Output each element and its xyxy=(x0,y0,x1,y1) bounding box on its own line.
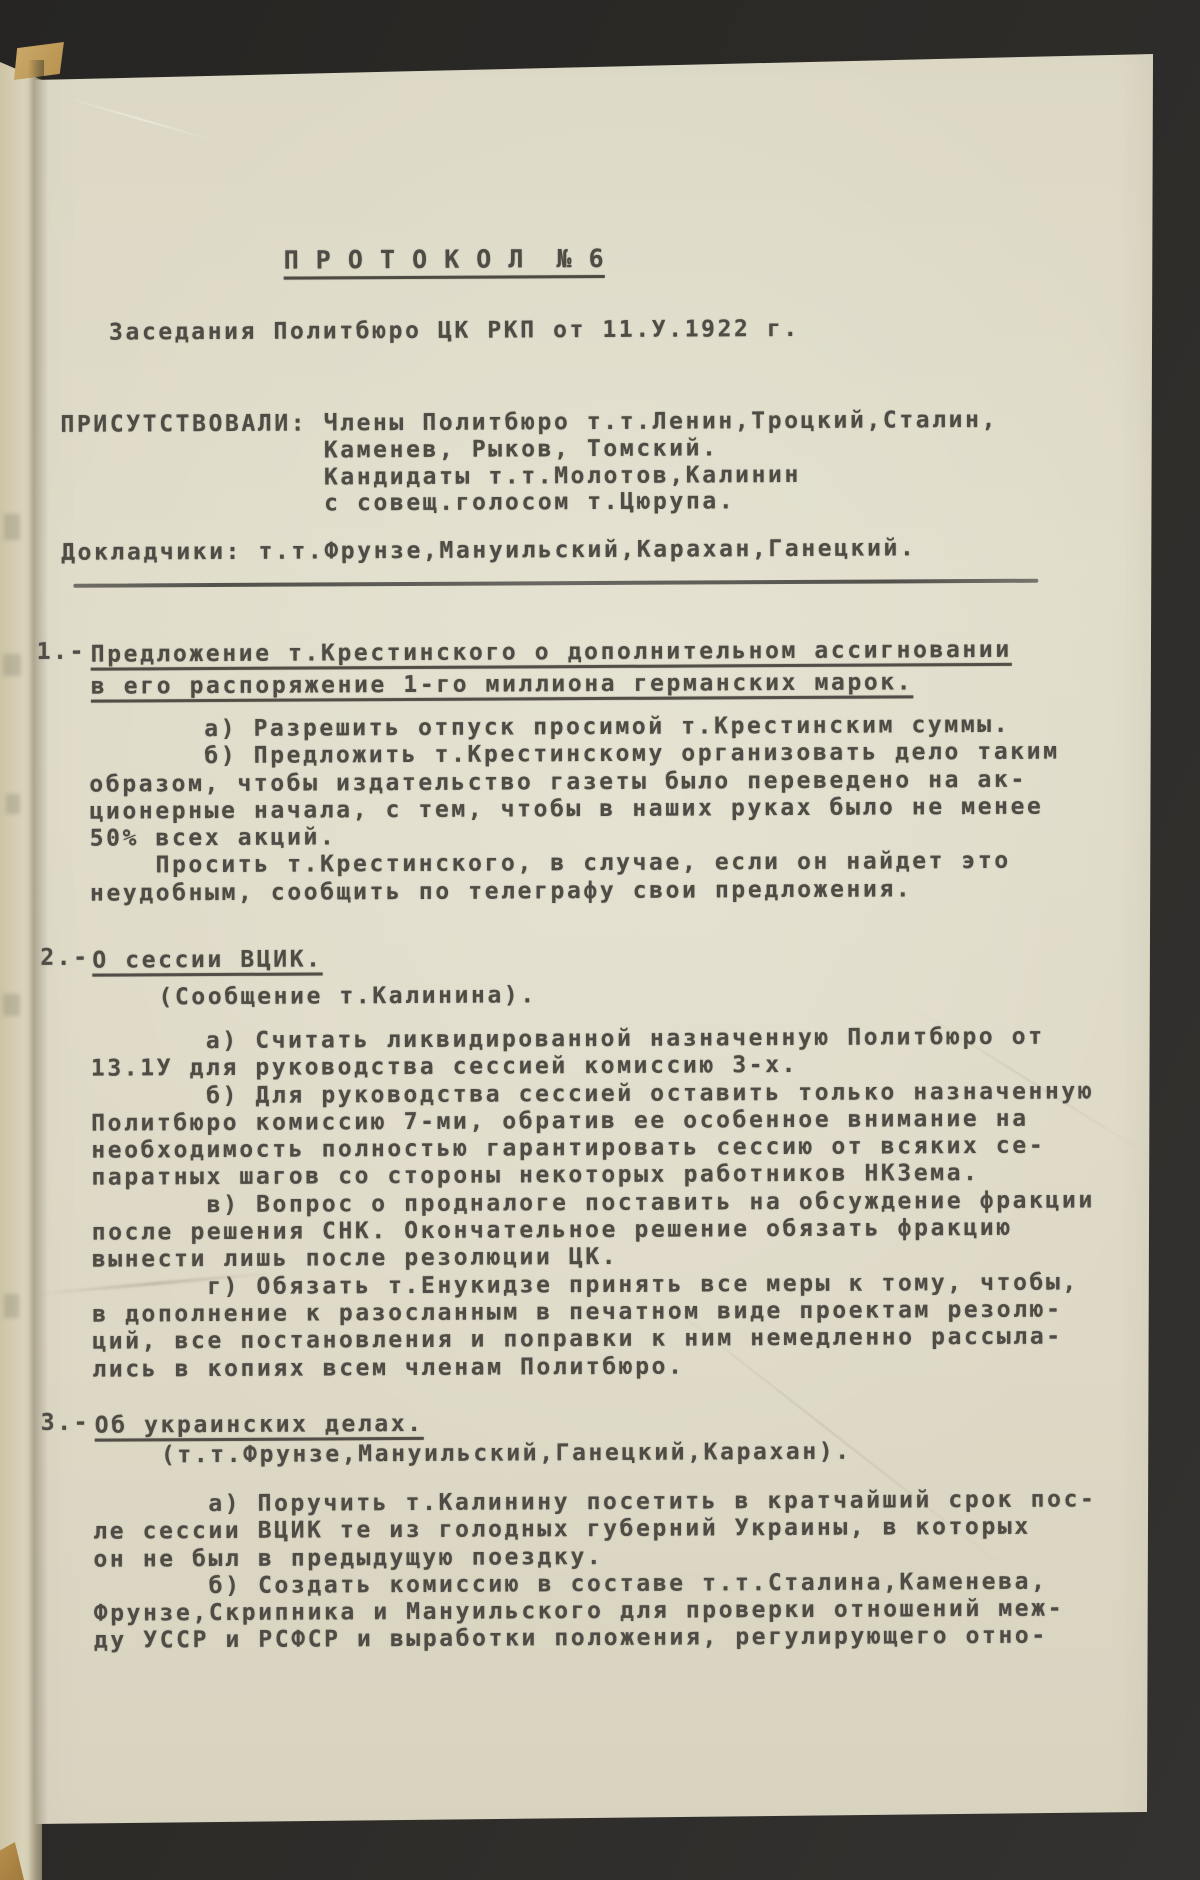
item-3-heading: Об украинских делах. xyxy=(95,1408,424,1442)
item-3-subheading: (т.т.Фрунзе,Мануильский,Ганецкий,Карахан… xyxy=(161,1439,852,1470)
text-line: а) Считать ликвидированной назначенную П… xyxy=(91,1023,1094,1056)
item-2-heading: О сессии ВЦИК. xyxy=(92,943,322,976)
typewritten-text-layer: П Р О Т О К О Л № 6 Заседания Политбюро … xyxy=(0,0,1200,1880)
text-line: ционерные начала, с тем, чтобы в наших р… xyxy=(89,793,1060,825)
protocol-title: П Р О Т О К О Л № 6 xyxy=(284,245,605,274)
bleed-through-mark xyxy=(6,794,20,814)
text-line: ПРИСУТСТВОВАЛИ: Члены Политбюро т.т.Лени… xyxy=(60,407,998,439)
item-2-number: 2.- xyxy=(40,945,89,973)
item-3-body: а) Поручить т.Калинину посетить в кратча… xyxy=(93,1486,1097,1655)
bleed-through-mark xyxy=(3,654,21,676)
text-line: Об украинских делах. xyxy=(95,1408,424,1442)
text-line: ций, все постановления и поправки к ним … xyxy=(92,1324,1095,1357)
text-line: ле сессии ВЦИК те из голодных губерний У… xyxy=(93,1514,1096,1547)
item-1-body: а) Разрешить отпуск просимой т.Крестинск… xyxy=(89,712,1060,908)
text-line: Просить т.Крестинского, в случае, если о… xyxy=(90,848,1061,880)
bleed-through-mark xyxy=(4,514,20,540)
protocol-subtitle: Заседания Политбюро ЦК РКП от 11.У.1922 … xyxy=(109,316,800,347)
text-line: О сессии ВЦИК. xyxy=(92,943,322,976)
item-2-body: а) Считать ликвидированной назначенную П… xyxy=(91,1023,1096,1383)
text-line: ду УССР и РСФСР и выработки положения, р… xyxy=(94,1623,1097,1656)
text-line: лись в копиях всем членам Политбюро. xyxy=(92,1351,1095,1384)
item-1-number: 1.- xyxy=(37,639,86,667)
text-line: после решения СНК. Окончательное решение… xyxy=(92,1214,1095,1247)
text-line: с совещ.голосом т.Цюрупа. xyxy=(61,487,999,519)
attendees-block: ПРИСУТСТВОВАЛИ: Члены Политбюро т.т.Лени… xyxy=(60,407,998,519)
item-1-heading: Предложение т.Крестинского о дополнитель… xyxy=(91,634,1012,703)
text-line: неудобным, сообщить по телеграфу свои пр… xyxy=(90,875,1061,907)
item-3-number: 3.- xyxy=(41,1410,90,1438)
item-2-subheading: (Сообщение т.Калинина). xyxy=(158,982,536,1011)
text-line: в его распоряжение 1-го миллиона германс… xyxy=(91,666,1012,703)
text-line: Предложение т.Крестинского о дополнитель… xyxy=(91,634,1012,671)
bleed-through-mark xyxy=(3,994,20,1016)
separator-rule xyxy=(73,579,1038,588)
bleed-through-mark xyxy=(4,1294,19,1318)
document-page: П Р О Т О К О Л № 6 Заседания Политбюро … xyxy=(0,0,1200,1880)
scanned-document-scene: П Р О Т О К О Л № 6 Заседания Политбюро … xyxy=(0,0,1200,1880)
rapporteurs-line: Докладчики: т.т.Фрунзе,Мануильский,Карах… xyxy=(61,535,916,567)
